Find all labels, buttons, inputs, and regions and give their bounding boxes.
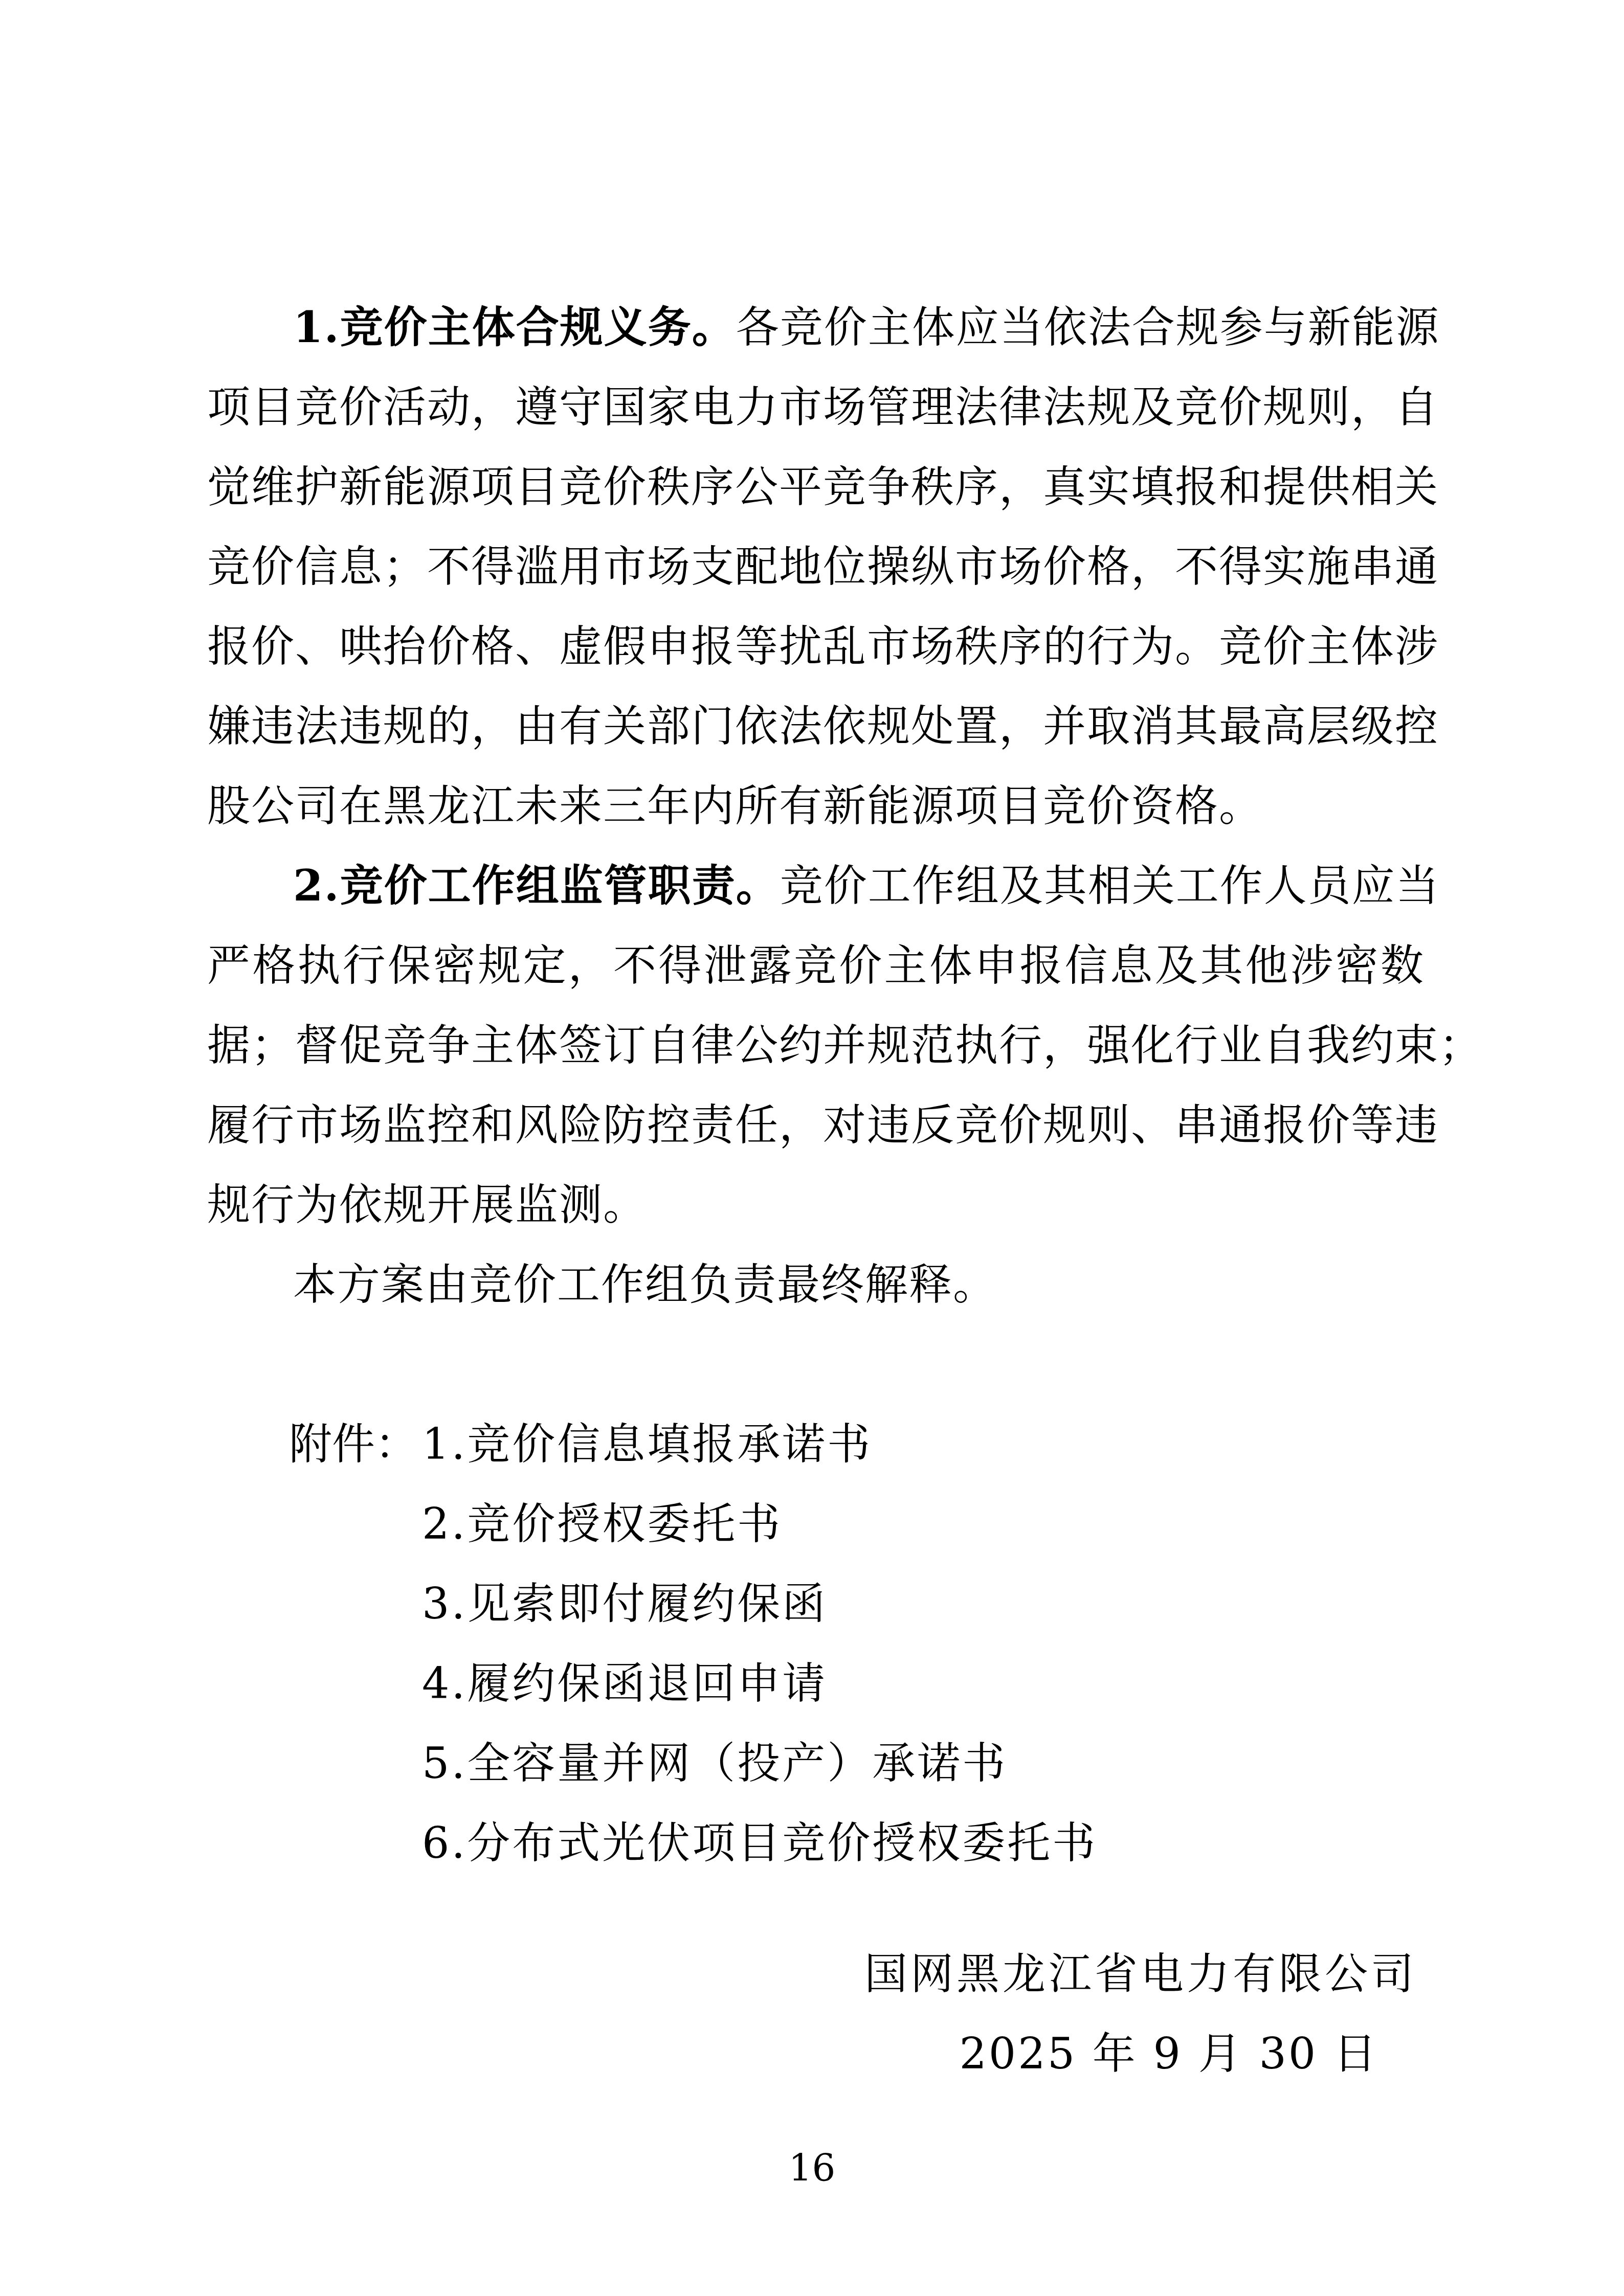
attachment-item-2: 2.竞价授权委托书	[422, 1498, 782, 1549]
attachment-item-3: 3.见索即付履约保函	[422, 1578, 827, 1629]
attachment-item-4: 4.履约保函退回申请	[422, 1658, 827, 1709]
paragraph-2-heading: 2.竞价工作组监管职责。	[293, 860, 780, 911]
attachment-item-6: 6.分布式光伏项目竞价授权委托书	[422, 1817, 1097, 1869]
paragraph-2-line-1: 2.竞价工作组监管职责。竞价工作组及其相关工作人员应当	[207, 860, 1425, 911]
signature-organization: 国网黑龙江省电力有限公司	[864, 1948, 1417, 1999]
paragraph-1-line-3: 觉维护新能源项目竞价秩序公平竞争秩序，真实填报和提供相关	[207, 461, 1425, 512]
document-page: 1.竞价主体合规义务。各竞价主体应当依法合规参与新能源 项目竞价活动，遵守国家电…	[0, 0, 1624, 2296]
paragraph-1-line-1: 1.竞价主体合规义务。各竞价主体应当依法合规参与新能源	[207, 302, 1425, 353]
attachment-item-5: 5.全容量并网（投产）承诺书	[422, 1738, 1007, 1789]
paragraph-1-heading: 1.竞价主体合规义务。	[293, 302, 736, 352]
paragraph-1-line-4: 竞价信息；不得滥用市场支配地位操纵市场价格，不得实施串通	[207, 541, 1425, 592]
paragraph-2-line-2: 严格执行保密规定，不得泄露竞价主体申报信息及其他涉密数	[207, 940, 1425, 991]
signature-date: 2025 年 9 月 30 日	[959, 2028, 1378, 2079]
paragraph-2-line-3: 据；督促竞争主体签订自律公约并规范执行，强化行业自我约束；	[207, 1020, 1425, 1071]
paragraph-2-line-5: 规行为依规开展监测。	[207, 1179, 1425, 1230]
paragraph-1-line-6: 嫌违法违规的，由有关部门依法依规处置，并取消其最高层级控	[207, 701, 1425, 752]
paragraph-1-text: 各竞价主体应当依法合规参与新能源	[736, 302, 1440, 352]
paragraph-1-line-7: 股公司在黑龙江未来三年内所有新能源项目竞价资格。	[207, 780, 1425, 831]
paragraph-2-line-4: 履行市场监控和风险防控责任，对违反竞价规则、串通报价等违	[207, 1099, 1425, 1151]
page-number: 16	[0, 2145, 1624, 2191]
attachments-label: 附件：	[289, 1419, 418, 1470]
paragraph-1-line-2: 项目竞价活动，遵守国家电力市场管理法律法规及竞价规则，自	[207, 381, 1425, 433]
interpretation-statement: 本方案由竞价工作组负责最终解释。	[293, 1259, 1510, 1310]
attachment-item-1: 1.竞价信息填报承诺书	[422, 1419, 872, 1470]
paragraph-1-line-5: 报价、哄抬价格、虚假申报等扰乱市场秩序的行为。竞价主体涉	[207, 621, 1425, 672]
paragraph-2-text: 竞价工作组及其相关工作人员应当	[780, 861, 1440, 911]
